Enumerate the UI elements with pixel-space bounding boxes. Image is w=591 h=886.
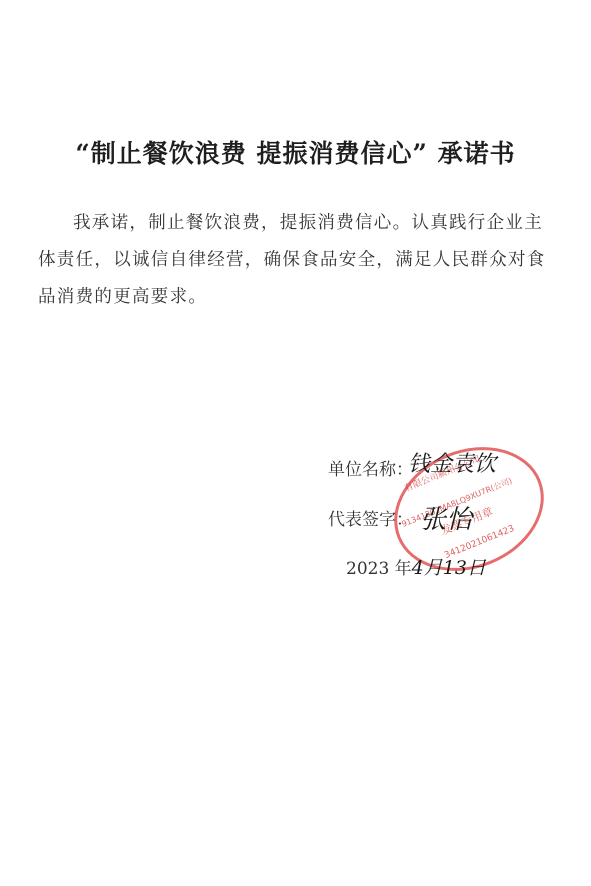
representative-row: 代表签字： [328,505,413,530]
pledge-body: 我承诺，制止餐饮浪费，提振消费信心。认真践行企业主体责任，以诚信自律经营，确保食… [38,205,558,316]
date-handwritten: 4月13日 [412,557,486,579]
representative-label: 代表签字： [328,510,413,530]
unit-name-handwritten: 钱金袁饮 [408,447,496,478]
unit-name-row: 单位名称： [328,455,413,480]
pledge-paragraph: 我承诺，制止餐饮浪费，提振消费信心。认真践行企业主体责任，以诚信自律经营，确保食… [38,205,558,316]
representative-signature: 张怡 [420,499,472,536]
document-title: “制止餐饮浪费 提振消费信心” 承诺书 [0,134,591,170]
date-year: 2023 年 [346,559,412,579]
date-row: 2023 年4月13日 [346,553,486,580]
unit-name-label: 单位名称： [328,460,413,480]
